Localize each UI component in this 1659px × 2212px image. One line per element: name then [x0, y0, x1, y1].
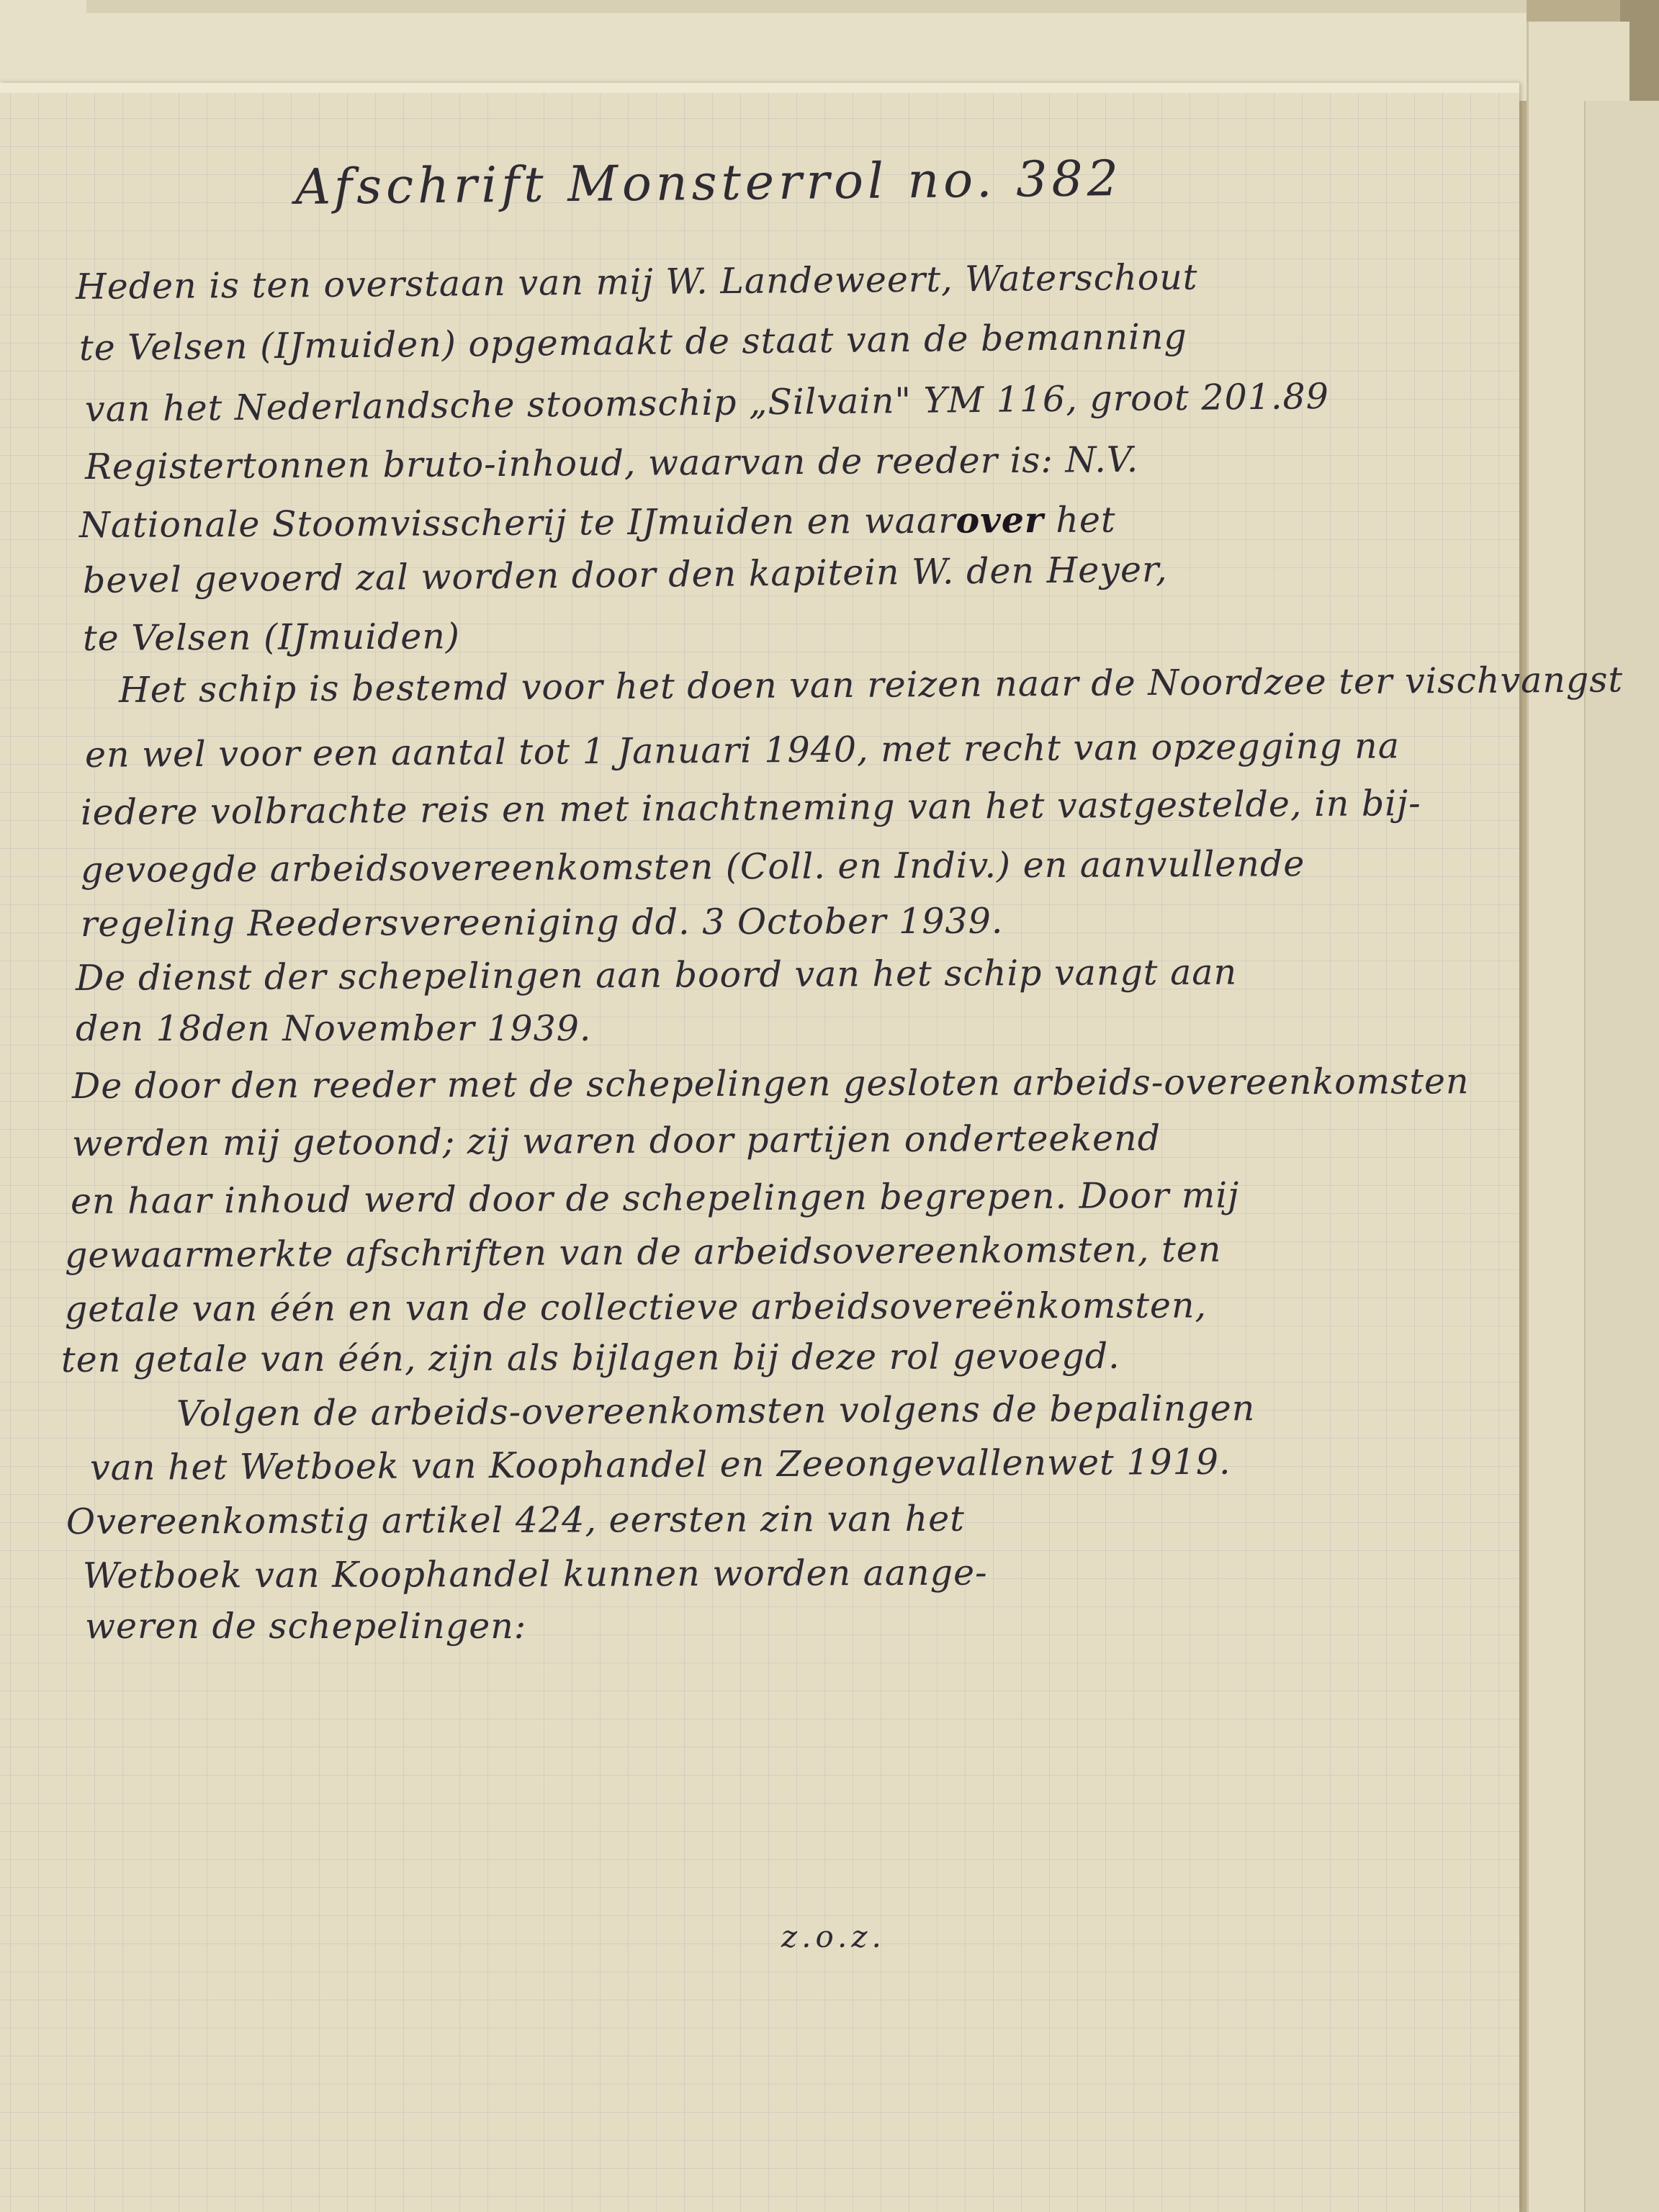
text-line-14: den 18den November 1939.	[76, 1008, 592, 1049]
text-line-7: te Velsen (IJmuiden)	[83, 616, 460, 659]
text-line-24: Wetboek van Koophandel kunnen worden aan…	[83, 1552, 988, 1596]
background-sheet-right-2	[1584, 101, 1659, 2212]
background-sheet-edge	[86, 0, 1527, 13]
document-title: Afschrift Monsterrol no. 382	[295, 150, 1123, 216]
text-line-5-end: het	[1044, 499, 1116, 541]
overwritten-word: over	[956, 499, 1043, 541]
text-line-4: Registertonnen bruto-inhoud, waarvan de …	[85, 439, 1139, 487]
text-line-11: gevoegde arbeidsovereenkomsten (Coll. en…	[81, 843, 1305, 891]
text-line-5: Nationale Stoomvisscherij te IJmuiden en…	[79, 498, 1116, 546]
text-line-23: Overeenkomstig artikel 424, eersten zin …	[66, 1498, 965, 1542]
text-line-19: getale van één en van de collectieve arb…	[65, 1285, 1207, 1330]
footer-zoz-mark: z.o.z.	[781, 1919, 886, 1954]
text-line-20: ten getale van één, zijn als bijlagen bi…	[61, 1336, 1120, 1380]
text-line-21: Volgen de arbeids-overeenkomsten volgens…	[176, 1388, 1256, 1434]
text-line-22: van het Wetboek van Koophandel en Zeeong…	[90, 1442, 1231, 1488]
text-line-15: De door den reeder met de schepelingen g…	[72, 1061, 1470, 1107]
text-line-17: en haar inhoud werd door de schepelingen…	[71, 1175, 1240, 1222]
text-line-18: gewaarmerkte afschriften van de arbeidso…	[65, 1229, 1222, 1276]
text-line-16: werden mij getoond; zij waren door parti…	[72, 1118, 1161, 1164]
text-line-13: De dienst der schepelingen aan boord van…	[76, 952, 1237, 999]
text-line-12: regeling Reedersvereeniging dd. 3 Octobe…	[81, 901, 1004, 945]
sheet-top-fold	[0, 83, 1519, 93]
text-line-25: weren de schepelingen:	[85, 1606, 526, 1647]
text-line-5-start: Nationale Stoomvisscherij te IJmuiden en…	[79, 500, 956, 546]
